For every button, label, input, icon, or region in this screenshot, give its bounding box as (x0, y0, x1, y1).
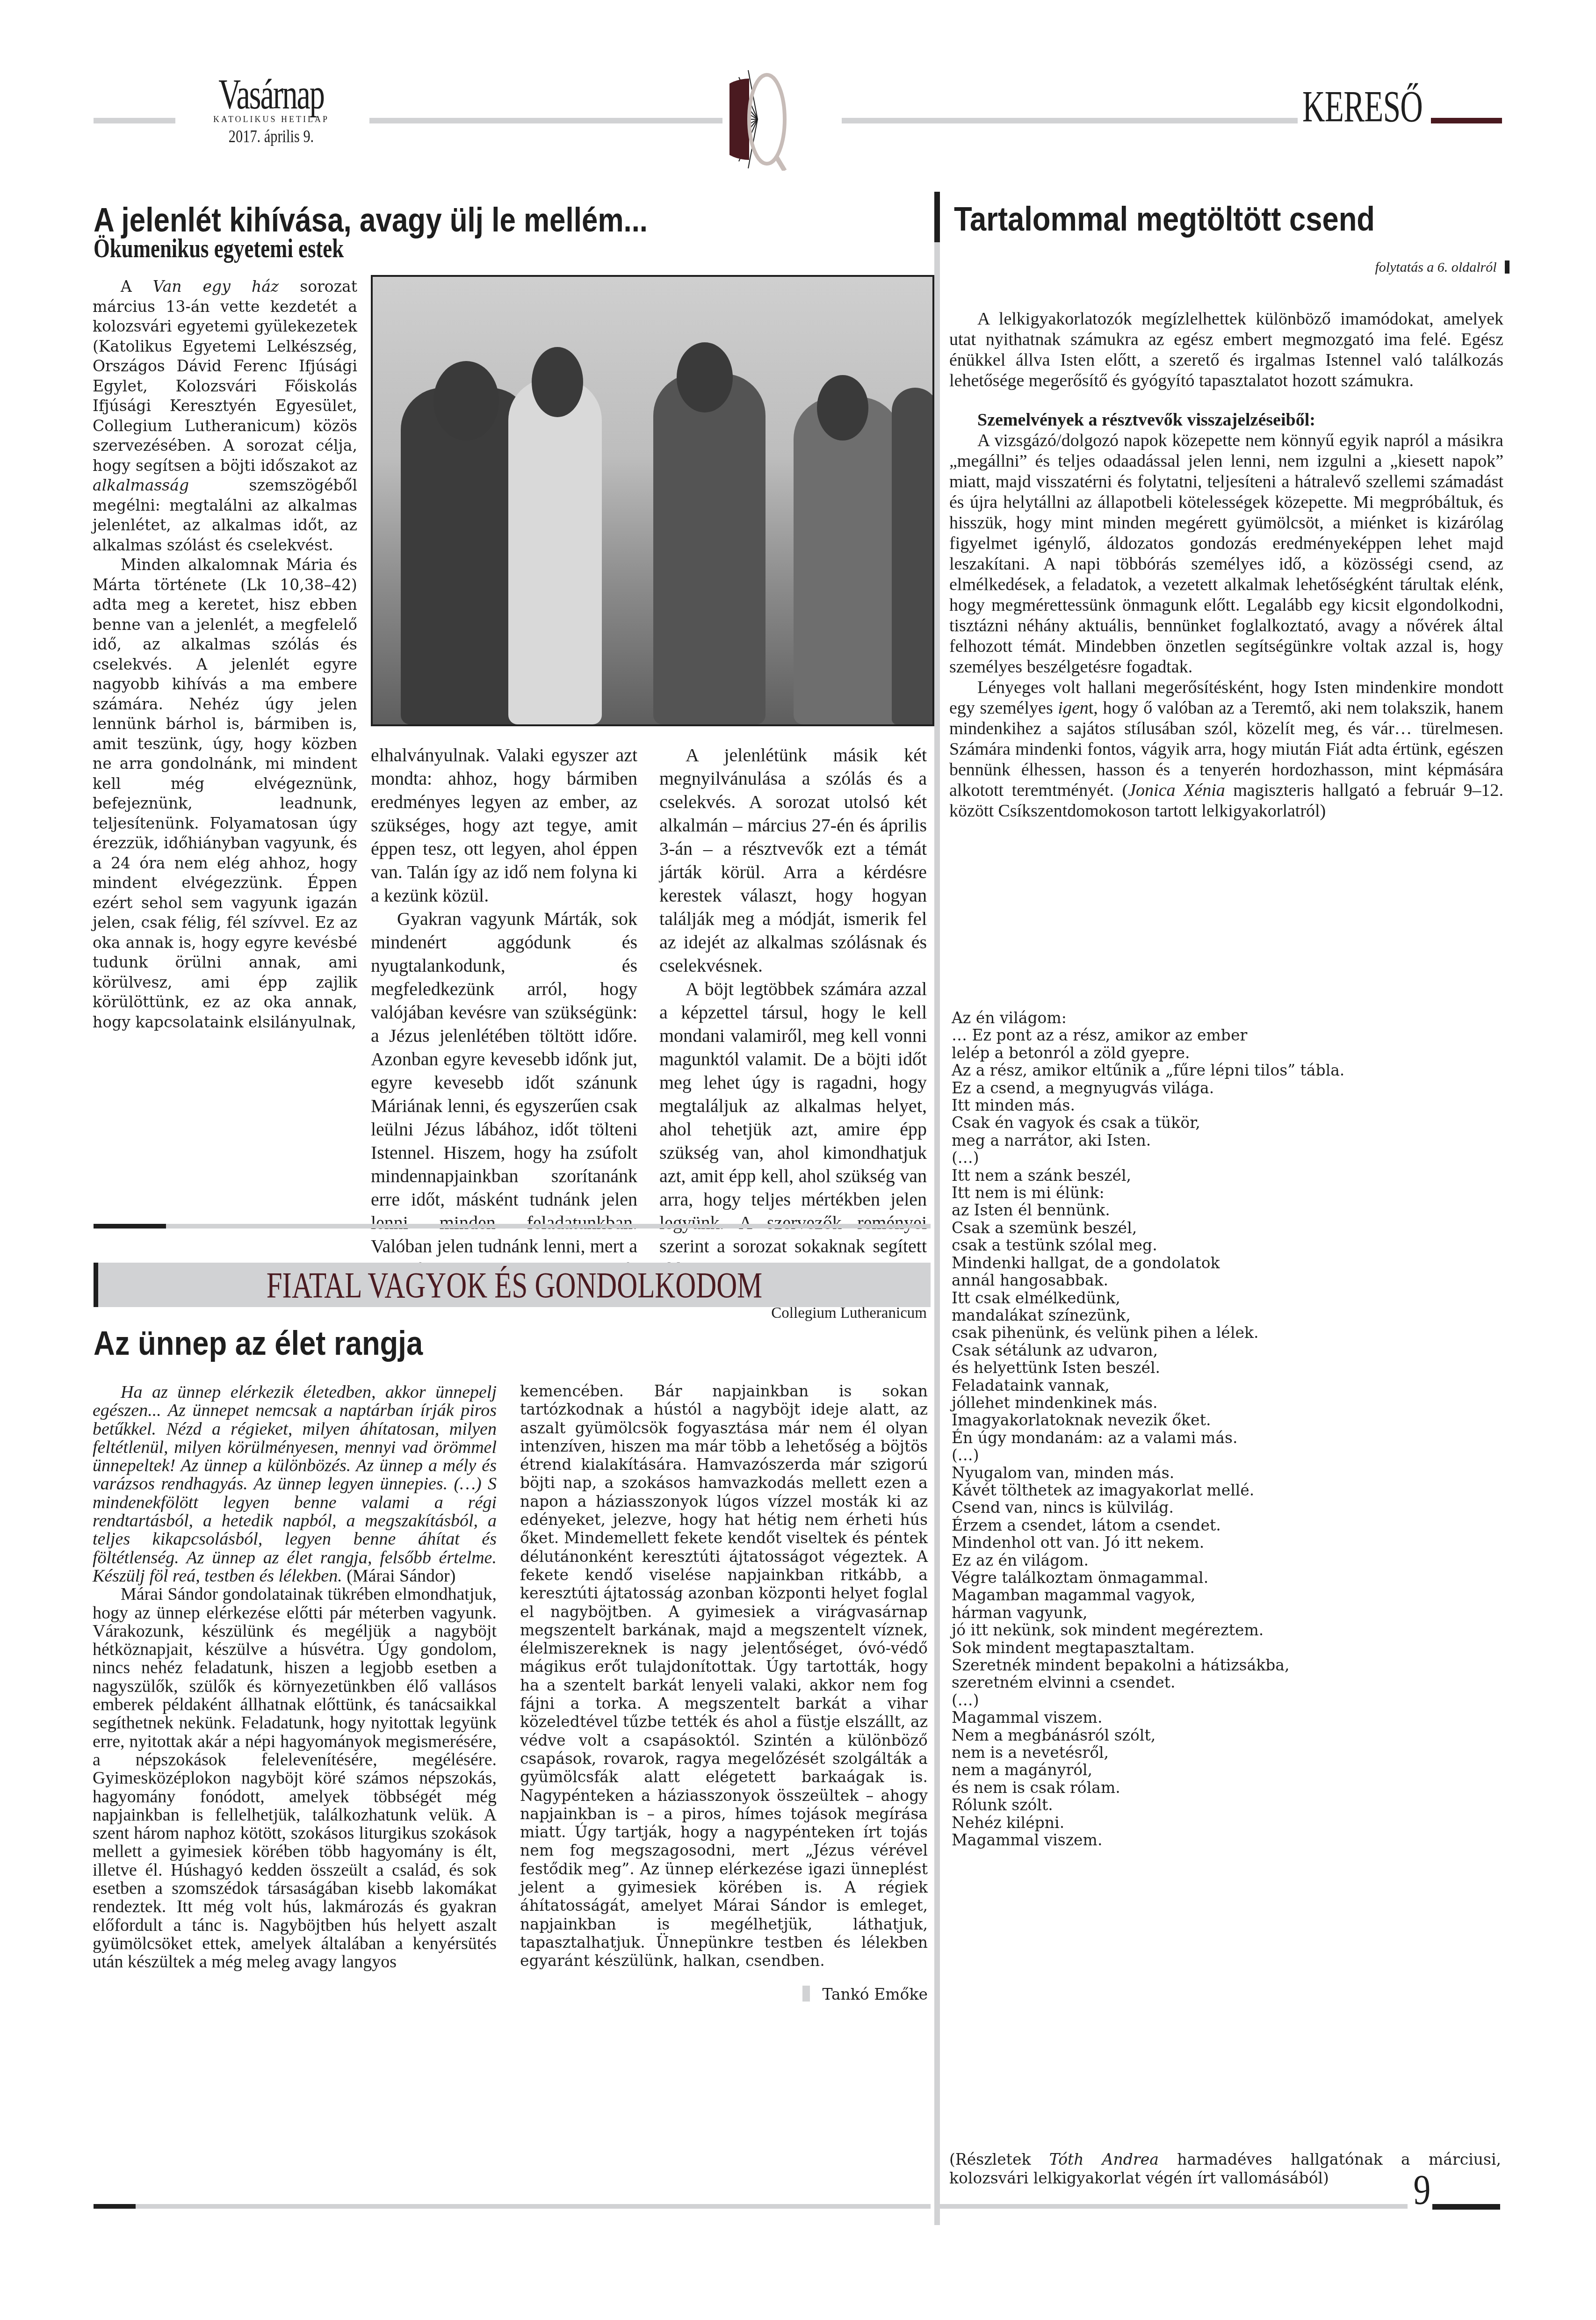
article1-photo (371, 275, 934, 726)
continued-marker (1505, 260, 1509, 274)
article1-col1: A Van egy ház sorozat március 13-án vett… (93, 277, 357, 1032)
section-accent-bar (1431, 118, 1502, 123)
column-divider (934, 238, 940, 2225)
article3-quote: Ha az ünnep elérkezik életedben, akkor ü… (93, 1382, 497, 1586)
article1-end-rule (166, 1224, 931, 1229)
article3-title: Az ünnep az élet rangja (94, 1324, 423, 1363)
header-rule-mid (369, 118, 722, 123)
magnifier-sunburst-icon (729, 70, 835, 171)
section-banner-title: FIATAL VAGYOK ÉS GONDOLKODOM (190, 1263, 839, 1307)
header-rule-right (842, 118, 1298, 123)
issue-date: 2017. április 9. (193, 126, 350, 147)
poem: Az én világom:… Ez pont az a rész, amiko… (952, 1009, 1466, 1849)
article3-author: Tankó Emőke (822, 1985, 928, 2003)
footer-rule-dark (94, 2204, 136, 2209)
article3-quote-source: (Márai Sándor) (342, 1566, 456, 1586)
footer-rule-left (136, 2204, 931, 2209)
article3-byline: Tankó Emőke (520, 1984, 928, 2005)
continued-from: folytatás a 6. oldalról (1375, 260, 1509, 275)
masthead: Vasárnap KATOLIKUS HETILAP 2017. április… (173, 72, 369, 147)
article3-col1: Ha az ünnep elérkezik életedben, akkor ü… (93, 1383, 497, 1972)
footer-accent-bar (1432, 2204, 1500, 2210)
article2-title-bar (934, 192, 940, 242)
section-name: KERESŐ (1302, 84, 1423, 129)
article2-title: Tartalommal megtöltött csend (954, 200, 1375, 239)
byline-marker (802, 1986, 810, 2002)
article1-col2: elhalványulnak. Valaki egyszer azt mondt… (371, 744, 637, 1305)
article1-end-rule-dark (94, 1224, 166, 1229)
section-banner: FIATAL VAGYOK ÉS GONDOLKODOM (94, 1263, 931, 1307)
footer-rule-right (940, 2204, 1408, 2209)
page-number: 9 (1414, 2168, 1431, 2211)
article1-subtitle: Ökumenikus egyetemi estek (94, 234, 344, 264)
header-rule-left (94, 118, 175, 123)
article2-body: A lelkigyakorlatozók megízlelhettek külö… (949, 309, 1503, 821)
article3-col2: kemencében. Bár napjainkban is sokan tar… (520, 1382, 928, 2005)
article1-col3: A jelenlétünk másik két megnyilvánulása … (659, 744, 927, 1323)
article2-subhead: Szemelvények a résztvevők visszajelzései… (949, 410, 1503, 430)
masthead-title: Vasárnap (201, 72, 342, 116)
